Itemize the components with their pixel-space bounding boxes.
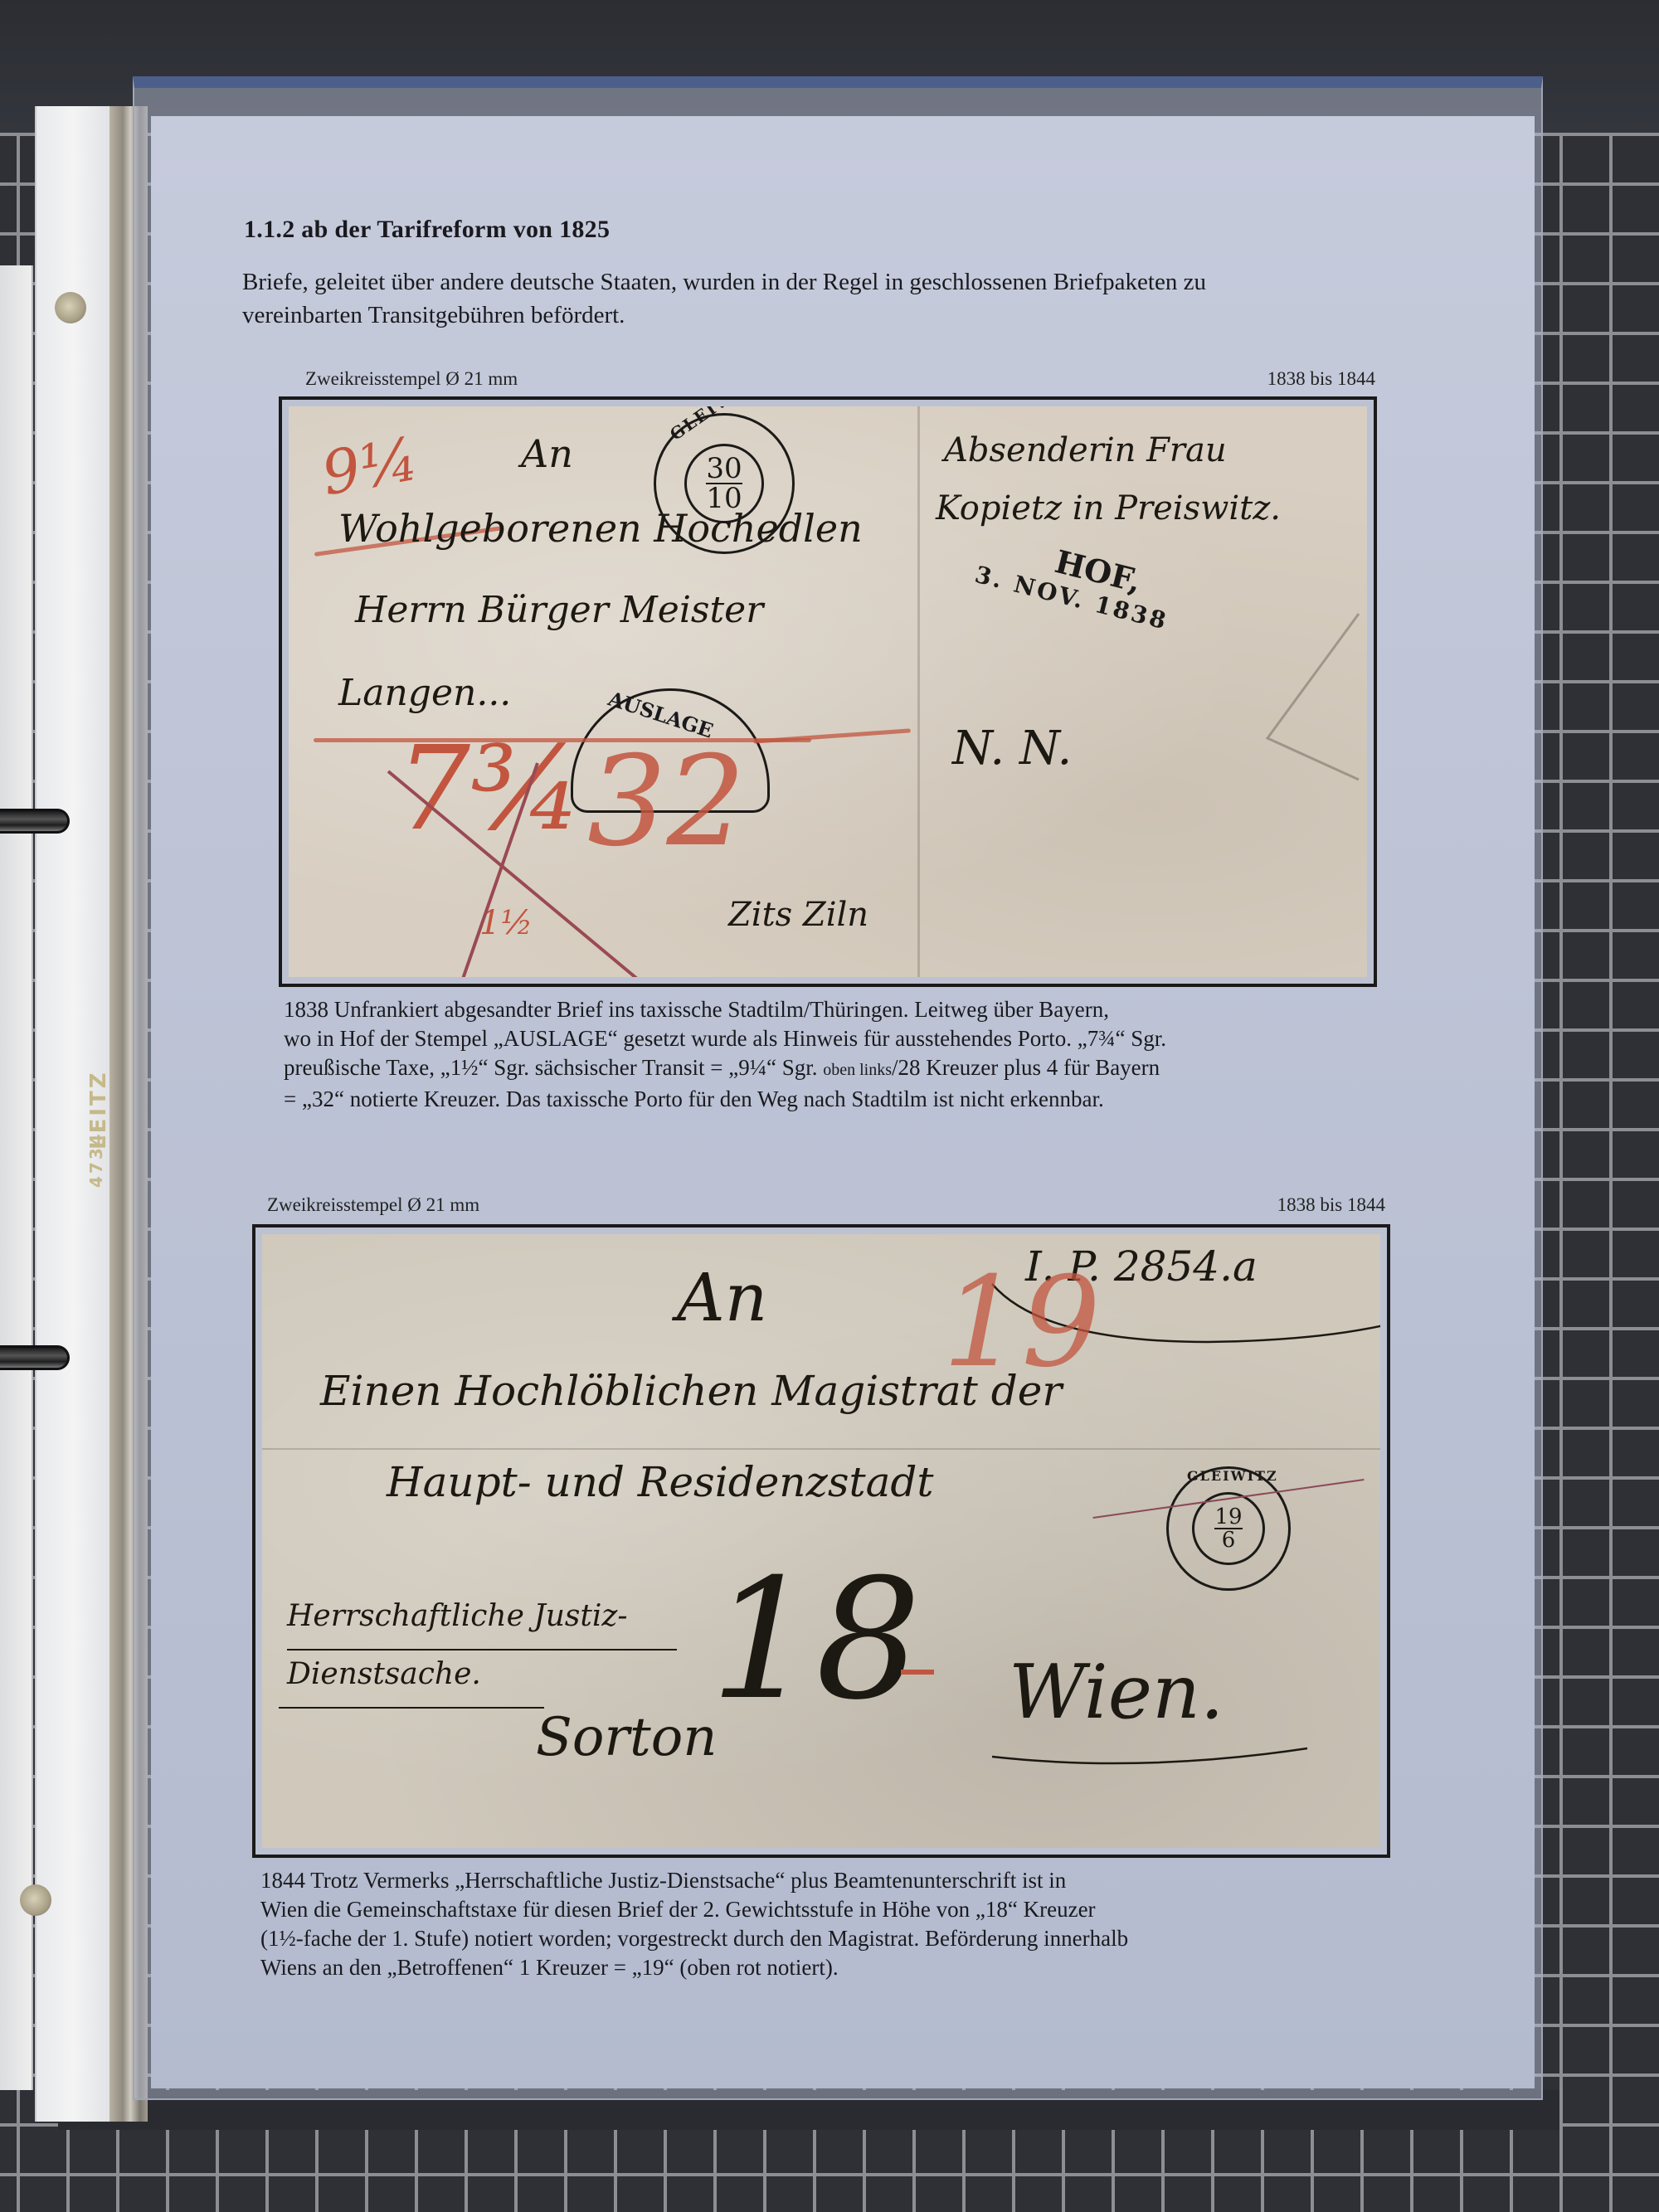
- intro-paragraph: Briefe, geleitet über andere deutsche St…: [242, 265, 1445, 332]
- signature: N. N.: [952, 722, 1072, 775]
- underline: [279, 1707, 544, 1709]
- address-line: An: [677, 1259, 767, 1336]
- album-page: 1.1.2 ab der Tarifreform von 1825 Briefe…: [151, 116, 1535, 2088]
- description-line: wo in Hof der Stempel „AUSLAGE“ gesetzt …: [284, 1024, 1379, 1053]
- description-line: Wien die Gemeinschaftstaxe für diesen Br…: [260, 1895, 1375, 1924]
- address-line: Herrn Bürger Meister: [355, 589, 763, 631]
- description-line: Wiens an den „Betroffenen“ 1 Kreuzer = „…: [260, 1953, 1375, 1982]
- description-line: 1838 Unfrankiert abgesandter Brief ins t…: [284, 995, 1379, 1024]
- exhibit-1-description: 1838 Unfrankiert abgesandter Brief ins t…: [284, 995, 1379, 1114]
- exhibit-2-description: 1844 Trotz Vermerks „Herrschaftliche Jus…: [260, 1866, 1375, 1982]
- fold-line: [262, 1448, 1380, 1450]
- postmark-month: 10: [706, 484, 742, 513]
- reverse-note-line: Absenderin Frau: [944, 431, 1227, 469]
- destination: Wien.: [1009, 1649, 1224, 1736]
- stamp-type-label: Zweikreisstempel Ø 21 mm: [267, 1194, 479, 1216]
- reverse-note-line: Kopietz in Preiswitz.: [936, 489, 1281, 527]
- official-note-line: Herrschaftliche Justiz-: [287, 1599, 628, 1633]
- binder-spine: LEITZ 4734: [35, 106, 109, 2122]
- underline: [287, 1649, 677, 1650]
- punch-hole-icon: [55, 292, 86, 323]
- description-text: preußische Taxe, „1½“ Sgr. sächsischer T…: [284, 1055, 823, 1080]
- red-cross-mark-icon: [388, 738, 654, 977]
- postmark-month: 6: [1222, 1529, 1236, 1551]
- binder-page-edges: [0, 265, 33, 2090]
- postmark-day: 19: [1214, 1506, 1242, 1529]
- cover-1844[interactable]: I. P. 2854.a 19 An Einen Hochlöblichen M…: [262, 1234, 1380, 1848]
- exhibit-2-header: Zweikreisstempel Ø 21 mm 1838 bis 1844: [267, 1194, 1385, 1216]
- exhibit-1-frame: 9¼ An Wohlgeborenen Hochedlen Herrn Bürg…: [279, 396, 1377, 987]
- bottom-note: Zits Ziln: [728, 896, 868, 934]
- exhibit-1-header: Zweikreisstempel Ø 21 mm 1838 bis 1844: [305, 368, 1375, 390]
- description-line: (1½-fache der 1. Stufe) notiert worden; …: [260, 1924, 1375, 1953]
- cover-1838[interactable]: 9¼ An Wohlgeborenen Hochedlen Herrn Bürg…: [289, 406, 1367, 977]
- address-line: Haupt- und Residenzstadt: [387, 1458, 934, 1506]
- punch-hole-icon: [20, 1884, 51, 1916]
- envelope-flap-icon: [1259, 614, 1359, 780]
- description-text: /28 Kreuzer plus 4 für Bayern: [892, 1055, 1160, 1080]
- period-label: 1838 bis 1844: [1277, 1194, 1385, 1216]
- official-note-line: Dienstsache.: [287, 1657, 481, 1691]
- stamp-type-label: Zweikreisstempel Ø 21 mm: [305, 368, 518, 390]
- hof-stamp: HOF, 3. NOV. 1838: [972, 524, 1180, 634]
- red-rate-top-left: 9¼: [317, 424, 423, 509]
- description-line: = „32“ notierte Kreuzer. Das taxissche P…: [284, 1085, 1379, 1114]
- red-dash: [901, 1670, 934, 1675]
- description-line: preußische Taxe, „1½“ Sgr. sächsischer T…: [284, 1053, 1379, 1085]
- red-strike: [753, 728, 911, 743]
- postmark-day: 30: [706, 455, 742, 484]
- intro-line: vereinbarten Transitgebühren befördert.: [242, 299, 1445, 332]
- binder-ring-icon[interactable]: [0, 809, 70, 834]
- address-line: Einen Hochlöblichen Magistrat der: [320, 1367, 1062, 1415]
- description-line: 1844 Trotz Vermerks „Herrschaftliche Jus…: [260, 1866, 1375, 1895]
- period-label: 1838 bis 1844: [1267, 368, 1375, 390]
- fold-line: [917, 406, 920, 977]
- signature: Sorton: [536, 1707, 717, 1768]
- binder-ring-icon[interactable]: [0, 1345, 70, 1370]
- postmark-town: GLEIWITZ: [1187, 1468, 1278, 1484]
- black-rate: 18: [710, 1558, 922, 1723]
- destination-underline-icon: [992, 1740, 1307, 1773]
- intro-line: Briefe, geleitet über andere deutsche St…: [242, 265, 1445, 299]
- address-line: Langen...: [338, 672, 511, 714]
- address-line: An: [521, 431, 573, 476]
- exhibit-2-frame: I. P. 2854.a 19 An Einen Hochlöblichen M…: [252, 1224, 1390, 1858]
- description-small-text: oben links: [823, 1061, 892, 1079]
- postmark-gleiwitz: 19 6: [1166, 1466, 1291, 1591]
- section-title: 1.1.2 ab der Tarifreform von 1825: [244, 216, 610, 244]
